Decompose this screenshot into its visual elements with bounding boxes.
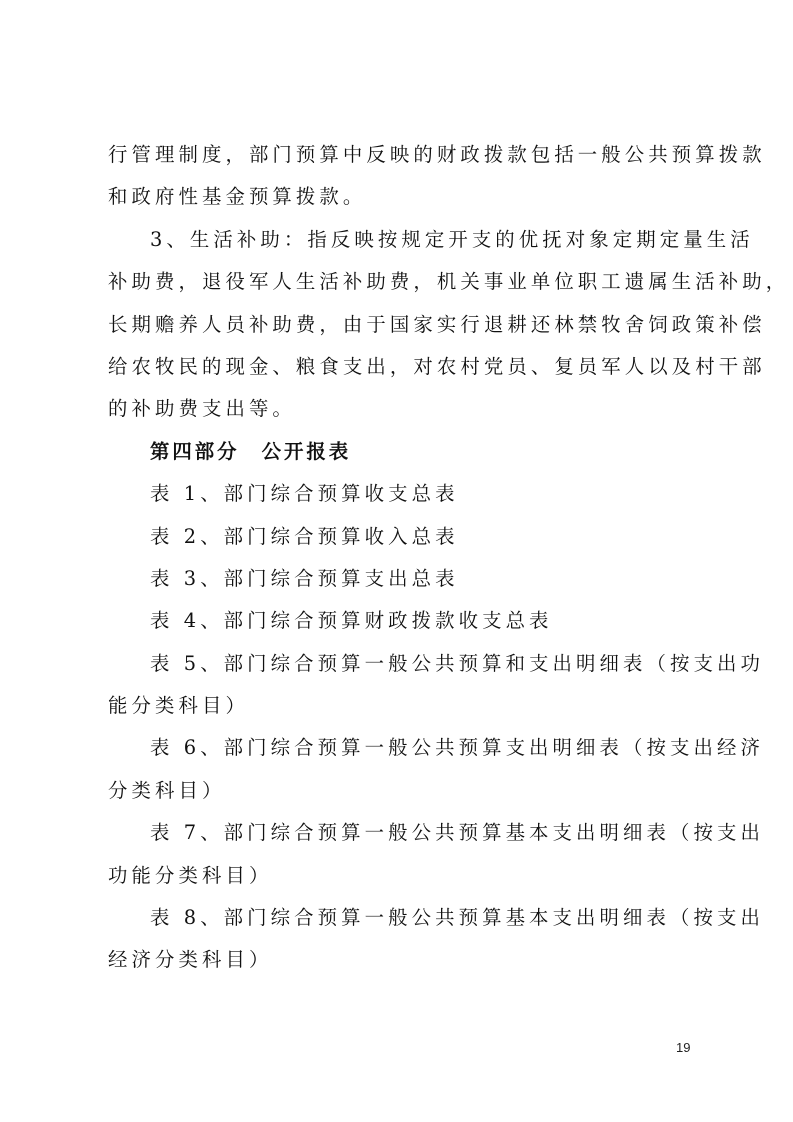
paragraph-financial-appropriation: 行管理制度，部门预算中反映的财政拨款包括一般公共预算拨款 和政府性基金预算拨款。 [108,134,698,219]
text-line: 的补助费支出等。 [108,388,698,430]
table-list-item-6: 表 6、部门综合预算一般公共预算支出明细表（按支出经济 分类科目） [108,727,698,812]
paragraph-living-subsidy: 3、生活补助：指反映按规定开支的优抚对象定期定量生活 补助费，退役军人生活补助费… [108,219,698,431]
text-line: 补助费，退役军人生活补助费，机关事业单位职工遗属生活补助， [108,261,698,303]
text-line: 能分类科目） [108,685,698,727]
table-list-item-7: 表 7、部门综合预算一般公共预算基本支出明细表（按支出 功能分类科目） [108,812,698,897]
table-list-item-8: 表 8、部门综合预算一般公共预算基本支出明细表（按支出 经济分类科目） [108,897,698,982]
table-list-item-5: 表 5、部门综合预算一般公共预算和支出明细表（按支出功 能分类科目） [108,643,698,728]
text-line: 分类科目） [108,770,698,812]
text-line: 表 6、部门综合预算一般公共预算支出明细表（按支出经济 [108,727,698,769]
table-list: 表 1、部门综合预算收支总表 表 2、部门综合预算收入总表 表 3、部门综合预算… [108,473,698,982]
table-list-item-3: 表 3、部门综合预算支出总表 [108,558,698,600]
section-title: 公开报表 [262,440,352,463]
text-line: 经济分类科目） [108,939,698,981]
page-body: 行管理制度，部门预算中反映的财政拨款包括一般公共预算拨款 和政府性基金预算拨款。… [108,134,698,982]
text-line: 功能分类科目） [108,855,698,897]
page-number: 19 [676,1040,690,1055]
section-part-label: 第四部分 [150,440,240,463]
document-page: 行管理制度，部门预算中反映的财政拨款包括一般公共预算拨款 和政府性基金预算拨款。… [0,0,793,1122]
table-list-item-1: 表 1、部门综合预算收支总表 [108,473,698,515]
text-line: 表 8、部门综合预算一般公共预算基本支出明细表（按支出 [108,897,698,939]
text-line: 表 7、部门综合预算一般公共预算基本支出明细表（按支出 [108,812,698,854]
text-line: 3、生活补助：指反映按规定开支的优抚对象定期定量生活 [108,219,698,261]
text-line: 给农牧民的现金、粮食支出，对农村党员、复员军人以及村干部 [108,346,698,388]
text-line: 长期赡养人员补助费，由于国家实行退耕还林禁牧舍饲政策补偿 [108,304,698,346]
table-list-item-4: 表 4、部门综合预算财政拨款收支总表 [108,600,698,642]
text-line: 行管理制度，部门预算中反映的财政拨款包括一般公共预算拨款 [108,134,698,176]
section-heading: 第四部分公开报表 [108,431,698,473]
table-list-item-2: 表 2、部门综合预算收入总表 [108,516,698,558]
text-line: 表 5、部门综合预算一般公共预算和支出明细表（按支出功 [108,643,698,685]
text-line: 和政府性基金预算拨款。 [108,176,698,218]
